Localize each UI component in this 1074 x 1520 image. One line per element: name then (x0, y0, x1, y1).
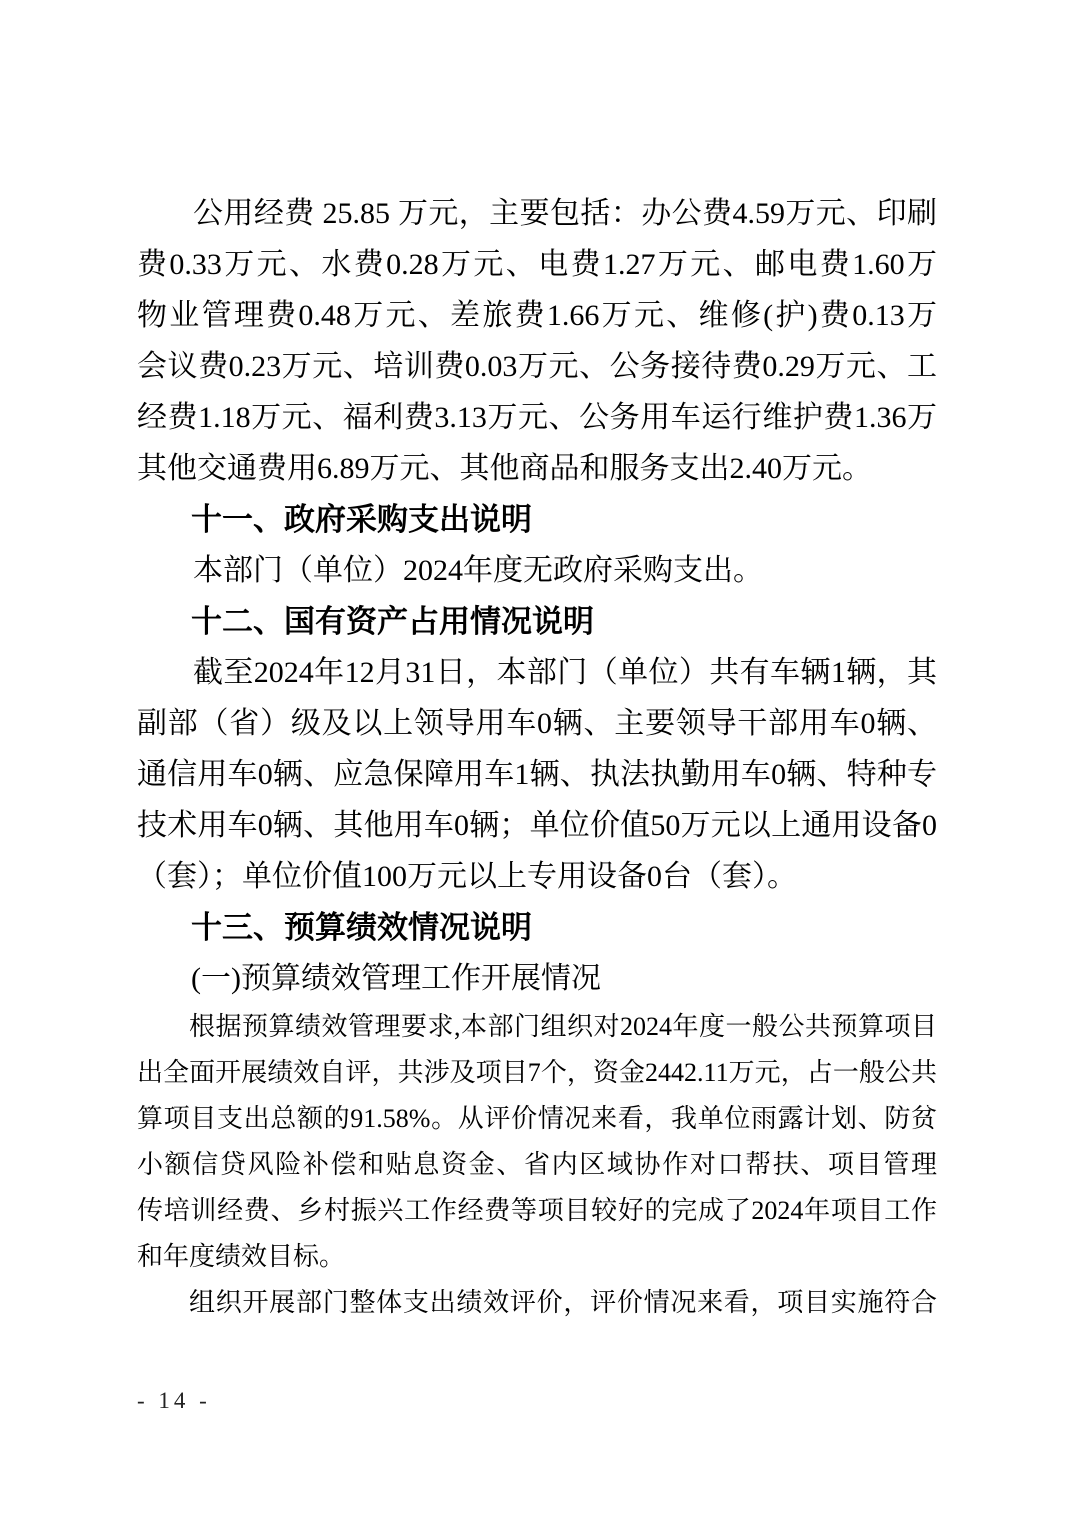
paragraph-line: 技术用车0辆、其他用车0辆；单位价值50万元以上通用设备0台 (137, 800, 937, 851)
paragraph-line: 组织开展部门整体支出绩效评价，评价情况来看，项目实施符合过渡 (137, 1280, 937, 1326)
document-page: 公用经费 25.85 万元，主要包括：办公费4.59万元、印刷费0.33万元、水… (0, 0, 1074, 1520)
paragraph: 本部门（单位）2024年度无政府采购支出。 (137, 545, 937, 596)
paragraph-line: 经费1.18万元、福利费3.13万元、公务用车运行维护费1.36万元、 (137, 392, 937, 443)
paragraph-line: 小额信贷风险补偿和贴息资金、省内区域协作对口帮扶、项目管理费、宣 (137, 1142, 937, 1188)
paragraph: 截至2024年12月31日，本部门（单位）共有车辆1辆，其中，副部（省）级及以上… (137, 647, 937, 902)
paragraph: 组织开展部门整体支出绩效评价，评价情况来看，项目实施符合过渡 (137, 1280, 937, 1326)
section-heading: 十一、政府采购支出说明 (137, 494, 937, 545)
paragraph-line: 和年度绩效目标。 (137, 1234, 937, 1280)
paragraph-line: 会议费0.23万元、培训费0.03万元、公务接待费0.29万元、工会 (137, 341, 937, 392)
section-heading: 十二、国有资产占用情况说明 (137, 596, 937, 647)
paragraph-line: 费0.33万元、水费0.28万元、电费1.27万元、邮电费1.60万元、 (137, 239, 937, 290)
paragraph-line: 通信用车0辆、应急保障用车1辆、执法执勤用车0辆、特种专业 (137, 749, 937, 800)
paragraph-line: 传培训经费、乡村振兴工作经费等项目较好的完成了2024年项目工作计划 (137, 1188, 937, 1234)
section-heading: 十三、预算绩效情况说明 (137, 902, 937, 953)
paragraph-line: 物业管理费0.48万元、差旅费1.66万元、维修(护)费0.13万元、 (137, 290, 937, 341)
paragraph-line: 截至2024年12月31日，本部门（单位）共有车辆1辆，其中， (137, 647, 937, 698)
page-number: - 14 - (137, 1388, 211, 1414)
paragraph-line: 公用经费 25.85 万元，主要包括：办公费4.59万元、印刷 (137, 188, 937, 239)
paragraph-line: 副部（省）级及以上领导用车0辆、主要领导干部用车0辆、机要 (137, 698, 937, 749)
paragraph-line: 其他交通费用6.89万元、其他商品和服务支出2.40万元。 (137, 443, 937, 494)
paragraph-line: （套）；单位价值100万元以上专用设备0台（套）。 (137, 851, 937, 902)
paragraph-line: 算项目支出总额的91.58%。从评价情况来看，我单位雨露计划、防贫保、 (137, 1096, 937, 1142)
paragraph-line: 出全面开展绩效自评，共涉及项目7个，资金2442.11万元，占一般公共预 (137, 1050, 937, 1096)
paragraph-line: 本部门（单位）2024年度无政府采购支出。 (137, 545, 937, 596)
paragraph-line: 根据预算绩效管理要求,本部门组织对2024年度一般公共预算项目支 (137, 1004, 937, 1050)
paragraph: 公用经费 25.85 万元，主要包括：办公费4.59万元、印刷费0.33万元、水… (137, 188, 937, 494)
paragraph: 根据预算绩效管理要求,本部门组织对2024年度一般公共预算项目支出全面开展绩效自… (137, 1004, 937, 1280)
document-body: 公用经费 25.85 万元，主要包括：办公费4.59万元、印刷费0.33万元、水… (137, 188, 937, 1326)
sub-heading: (一)预算绩效管理工作开展情况 (137, 953, 937, 1004)
